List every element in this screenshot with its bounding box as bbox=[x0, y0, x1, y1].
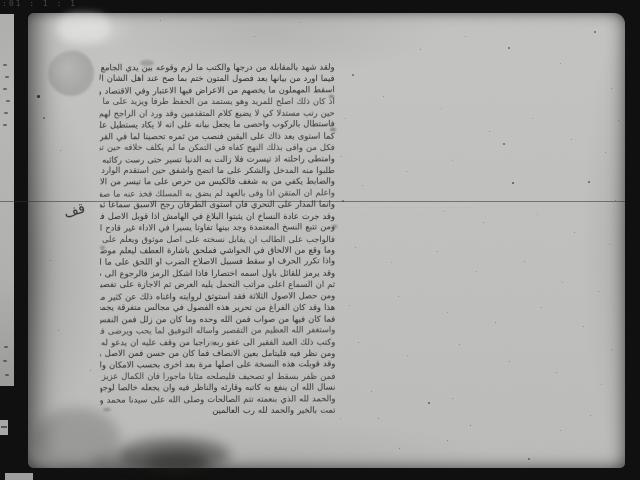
adjacent-page-text-mark bbox=[4, 346, 8, 348]
microfilm-frame: :01 : 1 : 1 قف ولقد شهد بالمقابلة من درج… bbox=[0, 0, 640, 480]
ink-smudge bbox=[100, 246, 105, 249]
manuscript-line: ومن تتبع النسخ المعتمدة وجد بينها تفاوتا… bbox=[100, 221, 335, 234]
ink-smudge bbox=[330, 128, 336, 131]
manuscript-line: كما استوى بعد ذاك على اليقين فنصب من ثمر… bbox=[100, 130, 335, 142]
manuscript-line: فمن ظفر بسقط او تصحيف فليصلحه مثابا ماجو… bbox=[100, 371, 335, 383]
manuscript-line: والضابط يكفي من به شغف فالكيس من حرص على… bbox=[100, 176, 335, 188]
manuscript-line: وكتب ذلك العبد الفقير الى عفو ربه راجيا … bbox=[100, 336, 335, 348]
adjacent-page-text-mark bbox=[4, 112, 8, 114]
manuscript-line: وقد يرمز للقائل باول اسمه اختصارا فاذا ا… bbox=[100, 268, 335, 280]
manuscript-line: فكل من وافى بذلك النهج كفاه في التمكن ما… bbox=[100, 142, 335, 154]
manuscript-page-scan: قف ولقد شهد بالمقابلة من درجها والكتب ما… bbox=[28, 13, 625, 468]
ink-smudge bbox=[210, 342, 216, 345]
adjacent-page-text-mark bbox=[5, 76, 9, 78]
page-corner-tab bbox=[5, 473, 33, 480]
ink-smudge bbox=[332, 225, 337, 228]
manuscript-line: نسال الله ان ينفع به كاتبه وقارئه والناظ… bbox=[100, 382, 335, 394]
manuscript-line: فيما اورد من بيانها بعد فصول المتون ختم … bbox=[100, 73, 335, 85]
ink-smudge bbox=[329, 95, 334, 98]
ink-smudge bbox=[140, 60, 154, 66]
manuscript-line: وامتطى راحلته اذ تيسرت فلا زالت به الدني… bbox=[100, 153, 335, 166]
manuscript-line: ثم ان السماع اعلى مراتب التحمل يليه العر… bbox=[100, 279, 335, 291]
manuscript-line: تمت بالخير والحمد لله رب العالمين bbox=[100, 405, 335, 417]
adjacent-page-strip bbox=[0, 14, 14, 386]
manuscript-line: وقد قوبلت هذه النسخة على اصلها مرة بعد ا… bbox=[100, 359, 335, 372]
marginal-mark-qif: قف bbox=[62, 200, 87, 221]
manuscript-line: ولقد شهد بالمقابلة من درجها والكتب ما لز… bbox=[100, 62, 335, 74]
ink-smudge bbox=[103, 408, 111, 411]
manuscript-line: وقد جرت عادة النساخ ان يثبتوا البلاغ في … bbox=[100, 211, 335, 223]
adjacent-page-text-mark bbox=[6, 100, 10, 102]
ink-dot bbox=[43, 117, 45, 119]
library-stamp bbox=[48, 50, 94, 96]
adjacent-page-text-mark bbox=[3, 64, 7, 66]
page-edge-mark bbox=[1, 426, 7, 428]
manuscript-line: هذا وقد كان الفراغ من تحرير هذه الفصول ف… bbox=[100, 302, 335, 314]
manuscript-line: اذ كان ذلك اصلح للمريد وهو يستمد من الحف… bbox=[100, 96, 335, 108]
adjacent-page-text-mark bbox=[5, 374, 9, 376]
frame-counter-label: :01 : 1 : 1 bbox=[2, 0, 77, 8]
paper-light-patch bbox=[58, 13, 110, 43]
manuscript-line: طلبوا منه المدخل والشكر على ما اتضح واشف… bbox=[100, 165, 335, 177]
adjacent-page-text-mark bbox=[3, 360, 7, 362]
adjacent-page-text-mark bbox=[3, 124, 7, 126]
manuscript-line: فالواجب على الطالب ان يقابل نسخته على اص… bbox=[100, 234, 335, 246]
manuscript-text-block: ولقد شهد بالمقابلة من درجها والكتب ما لز… bbox=[100, 62, 336, 418]
adjacent-page-text-mark bbox=[3, 88, 7, 90]
ink-dot bbox=[37, 95, 40, 98]
fold-scratch-line bbox=[0, 201, 625, 202]
